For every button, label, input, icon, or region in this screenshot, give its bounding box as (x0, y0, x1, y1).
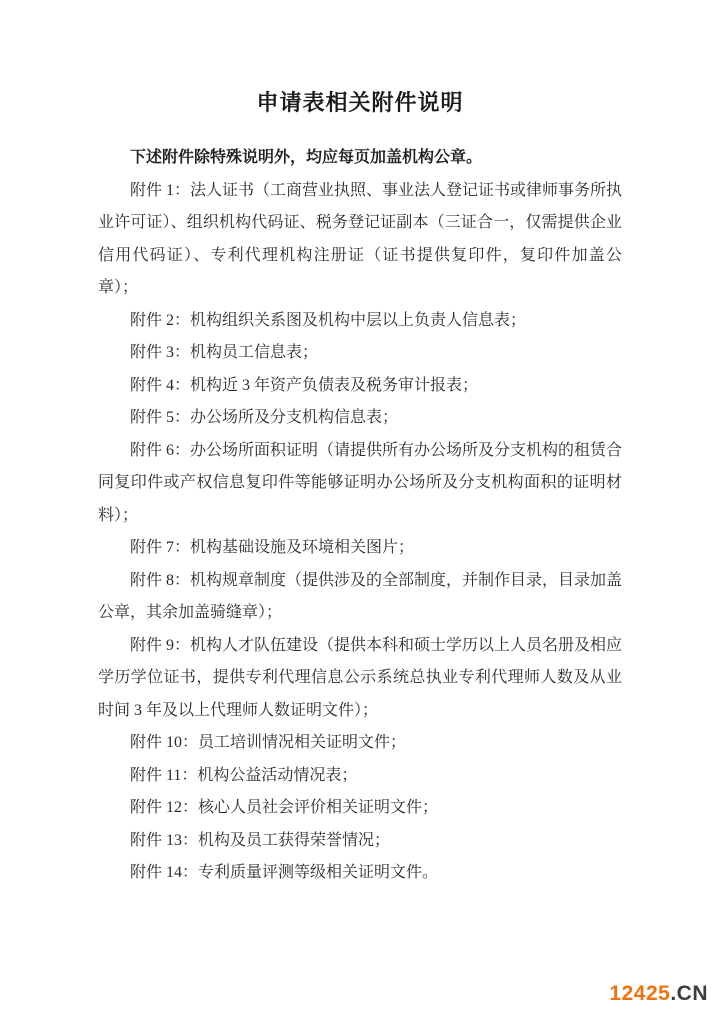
attachment-item-14: 附件 14：专利质量评测等级相关证明文件。 (98, 857, 622, 890)
attachment-item-11: 附件 11：机构公益活动情况表； (98, 760, 622, 793)
watermark-suffix: .CN (670, 982, 708, 1005)
attachment-item-6: 附件 6：办公场所面积证明（请提供所有办公场所及分支机构的租赁合同复印件或产权信… (98, 435, 622, 533)
attachment-item-7: 附件 7：机构基础设施及环境相关图片； (98, 532, 622, 565)
attachment-item-3: 附件 3：机构员工信息表； (98, 337, 622, 370)
attachment-item-10: 附件 10：员工培训情况相关证明文件； (98, 727, 622, 760)
watermark-number: 12425 (609, 982, 670, 1005)
site-watermark: 12425.CN (609, 983, 708, 1004)
attachment-item-1: 附件 1：法人证书（工商营业执照、事业法人登记证书或律师事务所执业许可证）、组织… (98, 175, 622, 305)
attachment-item-4: 附件 4：机构近 3 年资产负债表及税务审计报表； (98, 370, 622, 403)
intro-note: 下述附件除特殊说明外，均应每页加盖机构公章。 (98, 142, 622, 175)
attachment-item-8: 附件 8：机构规章制度（提供涉及的全部制度，并制作目录，目录加盖公章，其余加盖骑… (98, 565, 622, 630)
page-title: 申请表相关附件说明 (98, 90, 622, 116)
attachment-item-13: 附件 13：机构及员工获得荣誉情况； (98, 825, 622, 858)
document-body: 申请表相关附件说明 下述附件除特殊说明外，均应每页加盖机构公章。 附件 1：法人… (98, 90, 622, 890)
attachment-item-12: 附件 12：核心人员社会评价相关证明文件； (98, 792, 622, 825)
attachment-item-2: 附件 2：机构组织关系图及机构中层以上负责人信息表； (98, 305, 622, 338)
attachment-item-5: 附件 5：办公场所及分支机构信息表； (98, 402, 622, 435)
attachment-item-9: 附件 9：机构人才队伍建设（提供本科和硕士学历以上人员名册及相应学历学位证书，提… (98, 630, 622, 728)
document-page: 申请表相关附件说明 下述附件除特殊说明外，均应每页加盖机构公章。 附件 1：法人… (0, 0, 720, 1018)
